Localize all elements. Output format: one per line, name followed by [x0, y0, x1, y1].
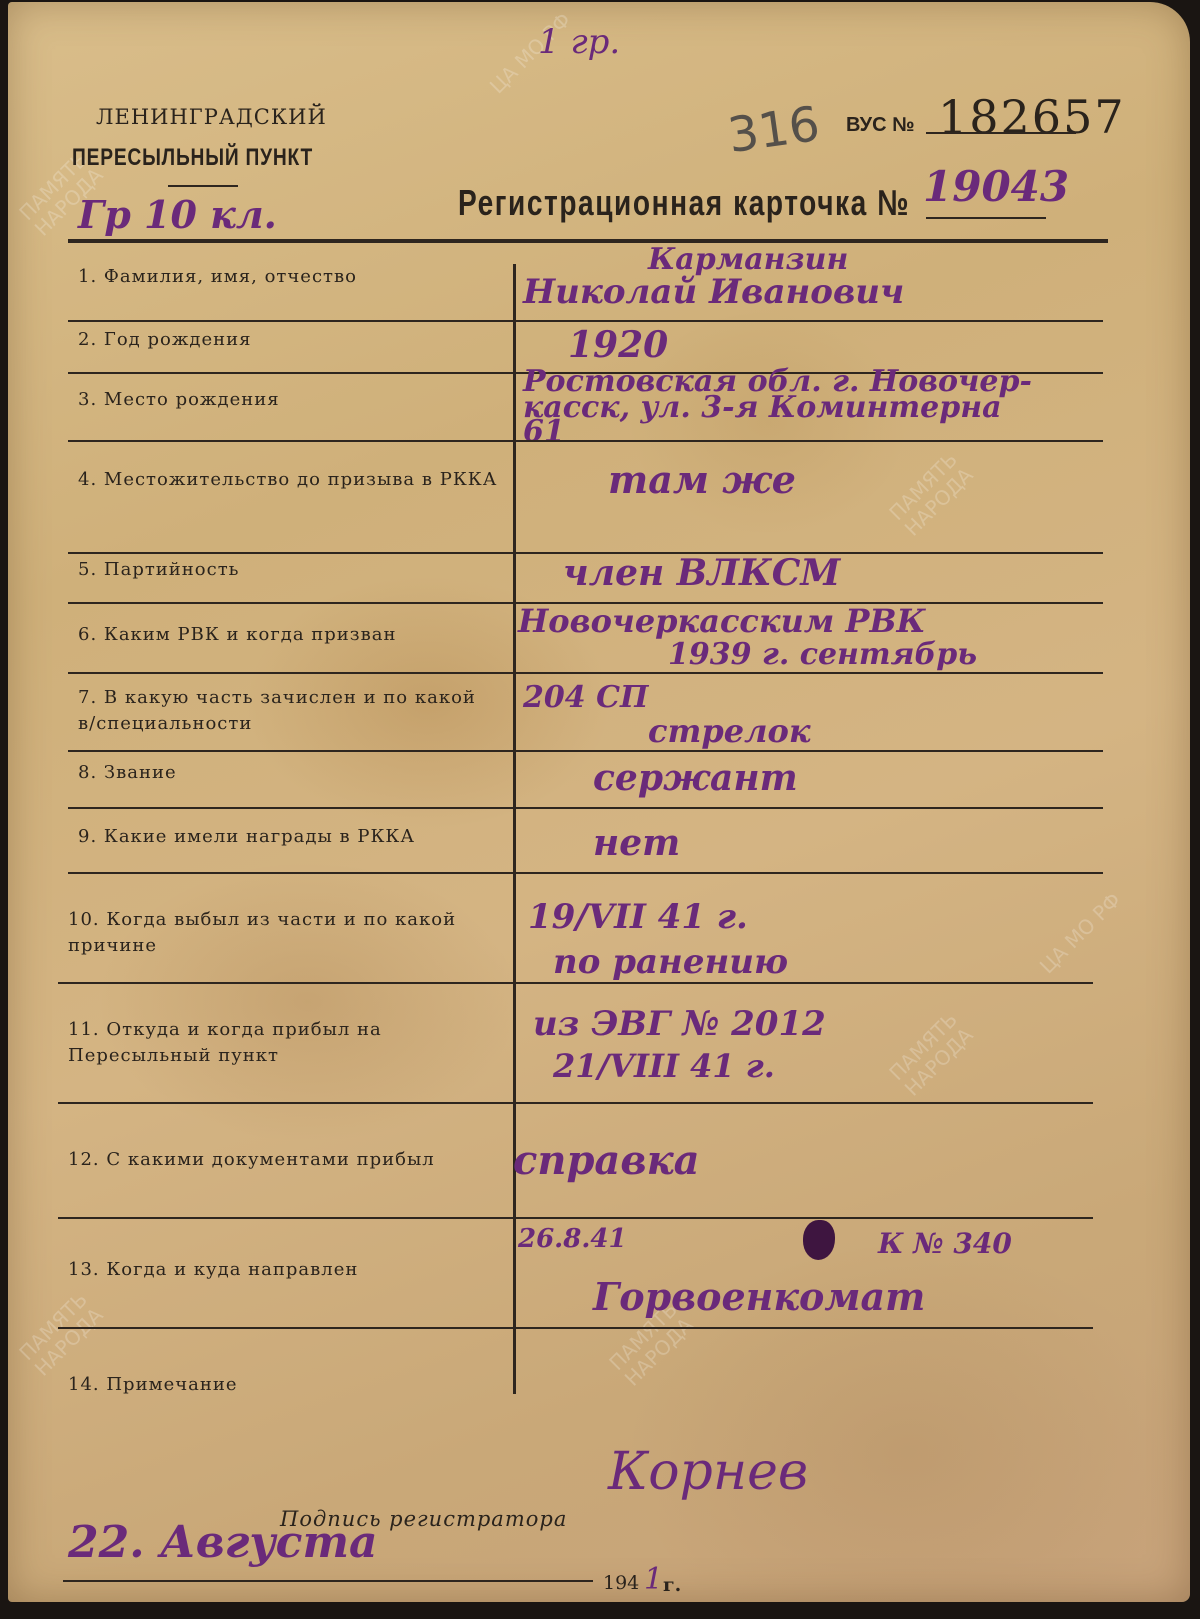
- field-label: 6. Каким РВК и когда призван: [78, 622, 498, 648]
- top-note: 1 гр.: [538, 22, 620, 62]
- field-label: 3. Место рождения: [78, 387, 498, 413]
- ink-blot: [803, 1220, 835, 1260]
- field-value: 19/VII 41 г.: [528, 897, 748, 937]
- field-label: 14. Примечание: [68, 1372, 488, 1398]
- field-label: 11. Откуда и когда прибыл на Пересыльный…: [68, 1017, 488, 1069]
- field-label: 10. Когда выбыл из части и по какой прич…: [68, 907, 488, 959]
- field-label: 2. Год рождения: [78, 327, 498, 353]
- watermark: ПАМЯТЬНАРОДА: [15, 1288, 107, 1380]
- header-rule: [68, 239, 1108, 243]
- date-underline: [63, 1580, 593, 1582]
- field-label: 7. В какую часть зачислен и по какой в/с…: [78, 685, 498, 737]
- row-divider: [58, 1327, 1093, 1329]
- field-value: справка: [513, 1137, 700, 1184]
- row-divider: [58, 982, 1093, 984]
- field-value: 21/VIII 41 г.: [553, 1047, 775, 1085]
- field-value: 61: [523, 414, 565, 449]
- card-number: 19043: [923, 162, 1069, 211]
- card-title: Регистрационная карточка №: [458, 182, 910, 224]
- date-handwritten: 22. Августа: [68, 1517, 378, 1568]
- row-divider: [58, 1217, 1093, 1219]
- field-value: из ЭВГ № 2012: [533, 1004, 826, 1044]
- field-value: сержант: [593, 757, 798, 799]
- field-value: Горвоенкомат: [593, 1274, 925, 1319]
- row-divider: [68, 672, 1103, 674]
- field-value: 204 СП: [523, 680, 648, 715]
- field-value: 1939 г. сентябрь: [668, 637, 977, 672]
- field-label: 12. С какими документами прибыл: [68, 1147, 488, 1173]
- row-divider: [68, 750, 1103, 752]
- field-value: Николай Иванович: [523, 272, 904, 312]
- field-label: 4. Местожительство до призыва в РККА: [78, 467, 498, 493]
- divider: [168, 185, 238, 187]
- group-note: Гр 10 кл.: [78, 192, 277, 237]
- field-value: 26.8.41: [518, 1224, 627, 1254]
- field-value: 1920: [568, 324, 668, 366]
- field-label: 8. Звание: [78, 760, 498, 786]
- registration-card: ЦА МО РФ ПАМЯТЬНАРОДА ПАМЯТЬНАРОДА ЦА МО…: [8, 2, 1190, 1602]
- field-label: 9. Какие имели награды в РККА: [78, 824, 498, 850]
- field-label: 5. Партийность: [78, 557, 498, 583]
- column-divider: [513, 264, 516, 1394]
- vus-label: ВУС №: [846, 114, 914, 137]
- row-divider: [68, 872, 1103, 874]
- row-divider: [68, 320, 1103, 322]
- field-value: член ВЛКСМ: [563, 552, 840, 594]
- watermark: ЦА МО РФ: [1035, 888, 1124, 977]
- row-divider: [68, 440, 1103, 442]
- registrar-signature: Корнев: [608, 1442, 808, 1502]
- field-label: 1. Фамилия, имя, отчество: [78, 264, 498, 290]
- year-printed: 194: [603, 1572, 639, 1594]
- org-name-line1: ЛЕНИНГРАДСКИЙ: [96, 105, 327, 129]
- field-value: по ранению: [553, 942, 788, 982]
- year-suffix: г.: [663, 1574, 681, 1596]
- vus-underline: [926, 132, 1076, 134]
- field-value: стрелок: [648, 712, 811, 750]
- row-divider: [68, 807, 1103, 809]
- org-name-line2: ПЕРЕСЫЛЬНЫЙ ПУНКТ: [72, 144, 313, 172]
- field-value: касск, ул. 3-я Коминтерна: [523, 390, 1002, 425]
- field-value: нет: [593, 822, 680, 864]
- vus-number: 182657: [938, 90, 1126, 144]
- field-value: Новочеркасским РВК: [518, 602, 926, 640]
- watermark: ПАМЯТЬНАРОДА: [885, 1008, 977, 1100]
- field-label: 13. Когда и куда направлен: [68, 1257, 488, 1283]
- field-value: К № 340: [878, 1227, 1012, 1260]
- pencil-note: 316: [725, 96, 824, 164]
- row-divider: [58, 1102, 1093, 1104]
- card-number-underline: [926, 217, 1046, 219]
- field-value: там же: [608, 457, 796, 502]
- watermark: ПАМЯТЬНАРОДА: [885, 448, 977, 540]
- year-handwritten: 1: [644, 1562, 663, 1597]
